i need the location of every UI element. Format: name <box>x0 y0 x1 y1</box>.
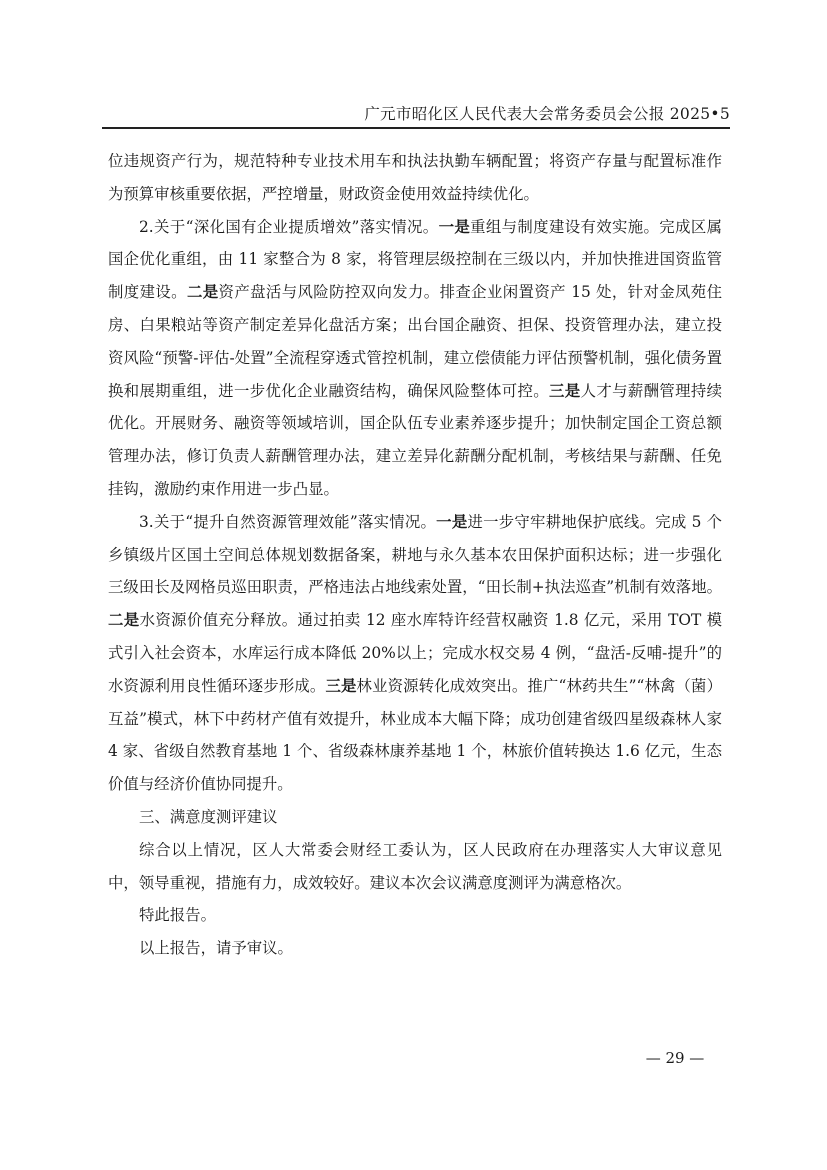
paragraph-natural-resources: 3.关于“提升自然资源管理效能”落实情况。一是进一步守牢耕地保护底线。完成 5 … <box>108 506 722 801</box>
emphasis-first: 一是 <box>439 218 471 236</box>
paragraph-conclusion: 综合以上情况，区人大常委会财经工委认为，区人民政府在办理落实人大审议意见中，领导… <box>108 834 722 900</box>
paragraph-text: 2.关于“深化国有企业提质增效”落实情况。 <box>139 218 439 236</box>
closing-request: 以上报告，请予审议。 <box>108 932 722 965</box>
paragraph-soe-reform: 2.关于“深化国有企业提质增效”落实情况。一是重组与制度建设有效实施。完成区属国… <box>108 211 722 506</box>
paragraph-text: 位违规资产行为，规范特种专业技术用车和执法执勤车辆配置；将资产存量与配置标准作为… <box>108 152 722 203</box>
emphasis-first: 一是 <box>436 513 467 531</box>
page-number: — 29 — <box>600 1048 750 1068</box>
paragraph-text: 3.关于“提升自然资源管理效能”落实情况。 <box>139 513 436 531</box>
paragraph-continuation: 位违规资产行为，规范特种专业技术用车和执法执勤车辆配置；将资产存量与配置标准作为… <box>108 145 722 211</box>
bulletin-header: 广元市昭化区人民代表大会常务委员会公报 2025•5 <box>102 104 730 124</box>
emphasis-third: 三是 <box>325 677 356 695</box>
emphasis-third: 三是 <box>549 382 581 400</box>
header-divider <box>102 127 730 129</box>
document-body: 位违规资产行为，规范特种专业技术用车和执法执勤车辆配置；将资产存量与配置标准作为… <box>108 145 722 965</box>
closing-statement: 特此报告。 <box>108 899 722 932</box>
emphasis-second: 二是 <box>187 283 219 301</box>
emphasis-second: 二是 <box>108 611 140 629</box>
section-heading: 三、满意度测评建议 <box>108 801 722 834</box>
